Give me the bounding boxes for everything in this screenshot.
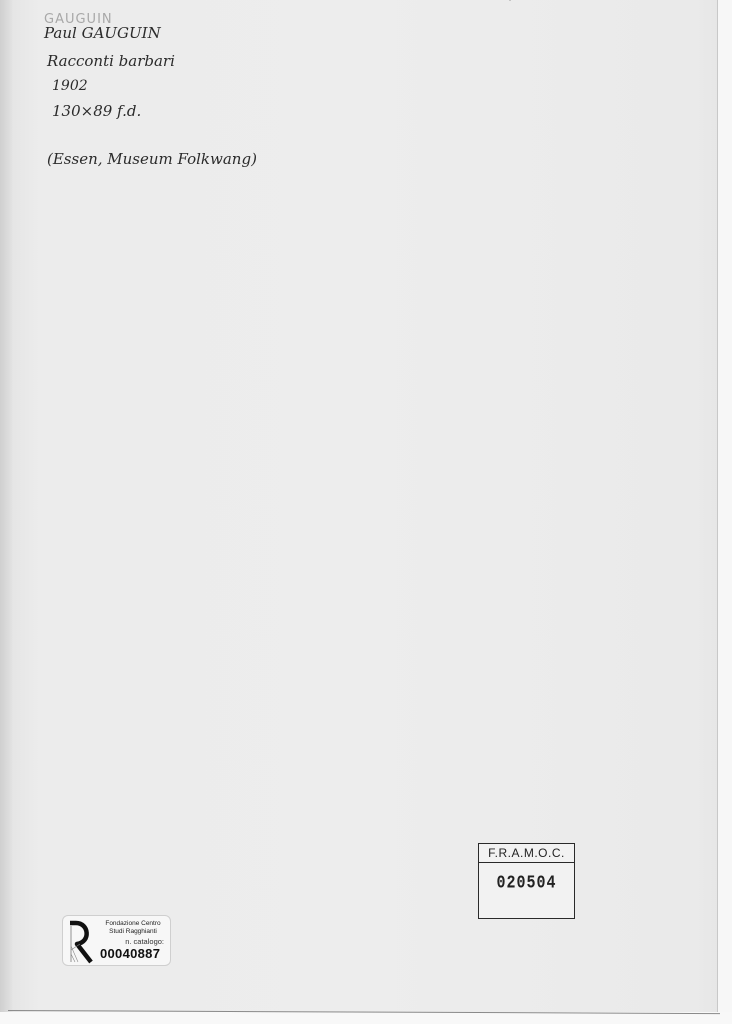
catalog-caption: n. catalogo: — [125, 937, 164, 946]
bottom-scan-margin — [0, 1012, 732, 1024]
right-scan-margin — [717, 0, 732, 1024]
framoc-stamp: F.R.A.M.O.C. 020504 — [478, 843, 575, 919]
photo-verso-sheet: ˅ GAUGUIN Paul GAUGUIN Racconti barbari … — [0, 0, 732, 1024]
artist-name: Paul GAUGUIN — [44, 24, 161, 42]
left-scan-edge — [0, 0, 12, 1024]
catalog-label: Fondazione Centro Studi Ragghianti n. ca… — [62, 915, 171, 966]
catalog-label-organization: Fondazione Centro Studi Ragghianti — [96, 920, 170, 936]
organization-line-2: Studi Ragghianti — [96, 928, 170, 936]
artwork-year: 1902 — [52, 78, 88, 94]
artwork-location: (Essen, Museum Folkwang) — [47, 150, 257, 168]
organization-line-1: Fondazione Centro — [96, 920, 170, 928]
framoc-stamp-header: F.R.A.M.O.C. — [479, 844, 574, 863]
catalog-number: 00040887 — [100, 946, 160, 961]
artwork-dimensions: 130×89 f.d. — [52, 102, 141, 120]
top-tick-mark: ˅ — [508, 0, 512, 7]
ragghianti-r-logo-icon — [67, 920, 93, 964]
artwork-title: Racconti barbari — [47, 52, 175, 70]
framoc-stamp-number: 020504 — [479, 873, 574, 893]
